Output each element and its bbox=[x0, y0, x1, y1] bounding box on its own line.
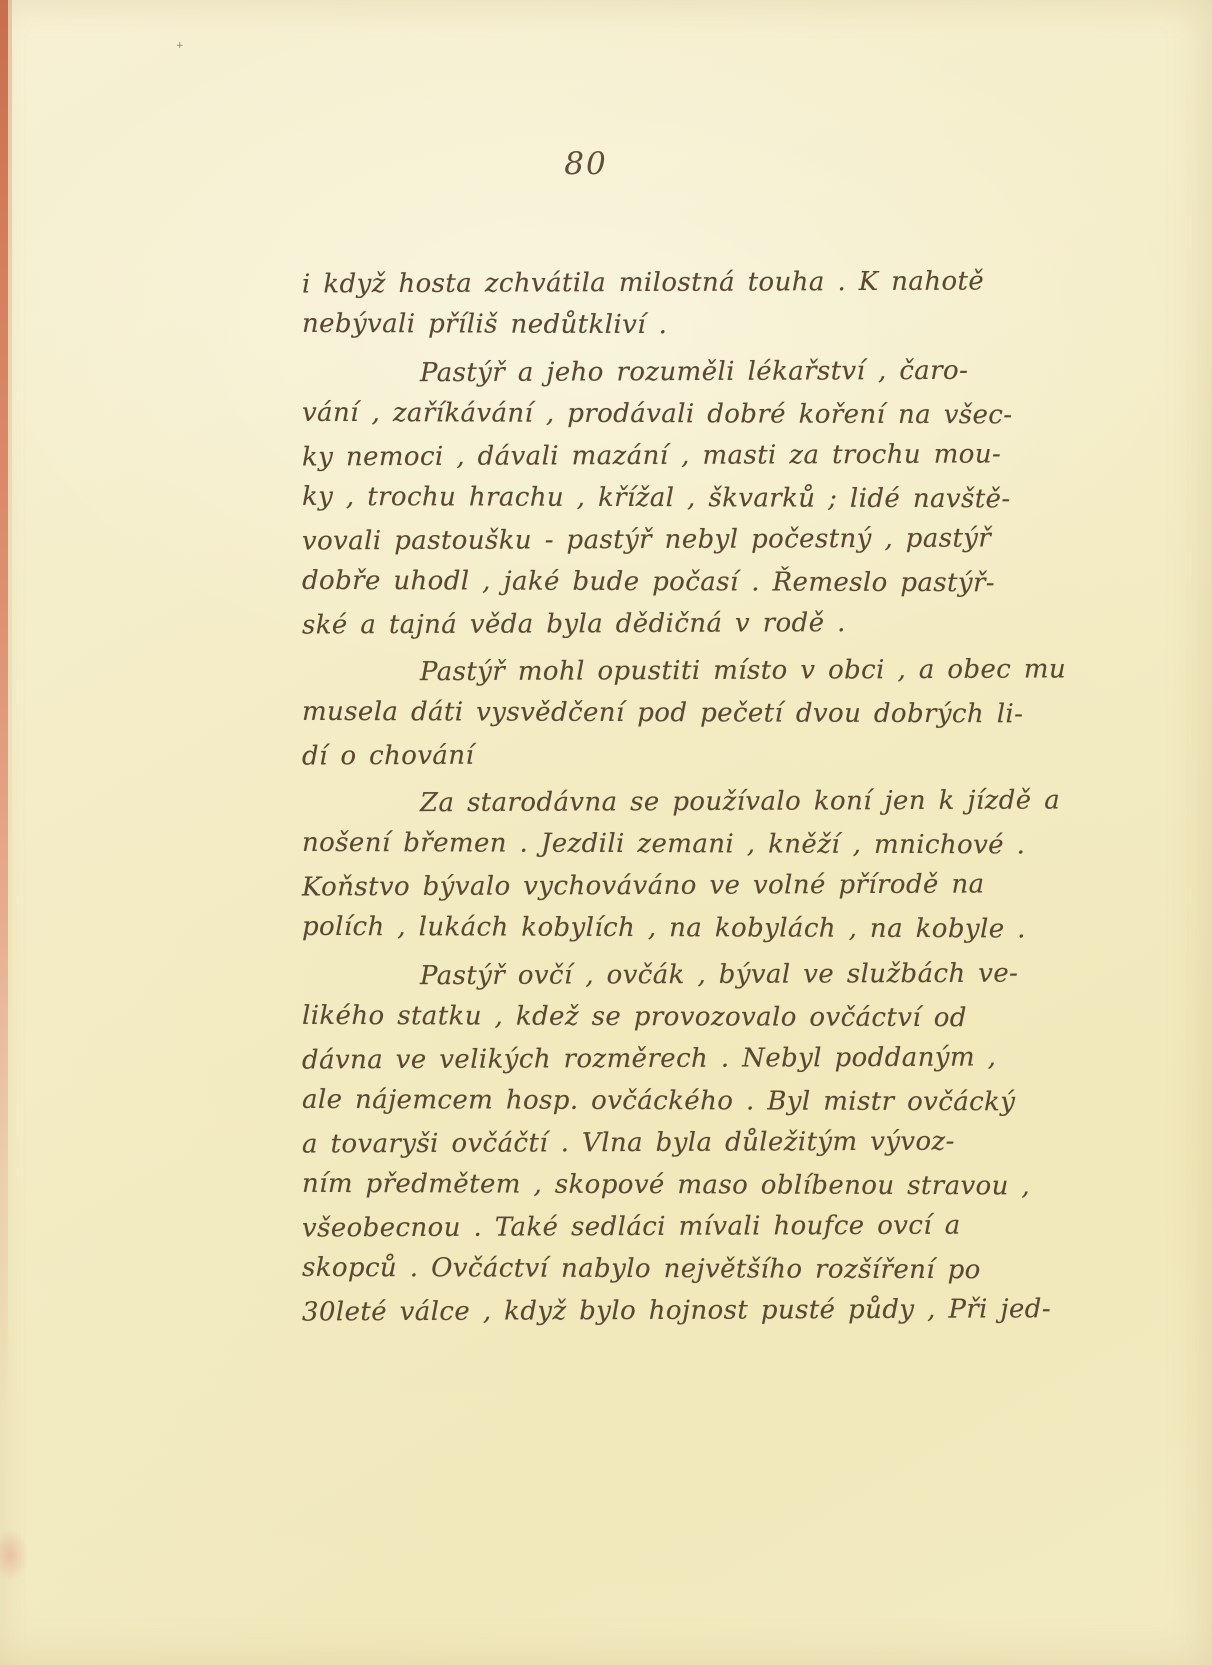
handwritten-line: Za starodávna se používalo koní jen k jí… bbox=[420, 780, 962, 824]
paragraph: i když hosta zchvátila milostná touha . … bbox=[302, 262, 962, 346]
book-edge-strip bbox=[0, 0, 8, 1420]
handwritten-line: i když hosta zchvátila milostná touha . … bbox=[302, 261, 962, 306]
handwritten-text-block: i když hosta zchvátila milostná touha . … bbox=[302, 262, 962, 1337]
paragraph: Pastýř ovčí , ovčák , býval ve službách … bbox=[302, 954, 962, 1332]
paper-speck: + bbox=[176, 44, 180, 48]
handwritten-line: ky nemoci , dávali mazání , masti za tro… bbox=[302, 434, 962, 479]
handwritten-line: ky , trochu hrachu , křížal , škvarků ; … bbox=[302, 476, 962, 520]
handwritten-line: Koňstvo bývalo vychováváno ve volné přír… bbox=[302, 864, 962, 909]
paragraph: Pastýř a jeho rozuměli lékařství , čaro-… bbox=[302, 351, 962, 645]
paper-stain bbox=[0, 1520, 34, 1590]
handwritten-line: musela dáti vysvědčení pod pečetí dvou d… bbox=[302, 691, 962, 735]
handwritten-line: 30leté válce , když bylo hojnost pusté p… bbox=[302, 1289, 962, 1334]
handwritten-line: skopců . Ovčáctví nabylo největšího rozš… bbox=[302, 1247, 962, 1291]
handwritten-line: Pastýř a jeho rozuměli lékařství , čaro- bbox=[420, 350, 962, 394]
handwritten-line: a tovaryši ovčáčtí . Vlna byla důležitým… bbox=[302, 1121, 962, 1166]
handwritten-line: všeobecnou . Také sedláci mívali houfce … bbox=[302, 1205, 962, 1250]
paragraph: Za starodávna se používalo koní jen k jí… bbox=[302, 781, 962, 949]
handwritten-line: nebývali příliš nedůtkliví . bbox=[302, 303, 962, 347]
handwritten-line: dávna ve velikých rozměrech . Nebyl podd… bbox=[302, 1037, 962, 1082]
handwritten-line: likého statku , kdež se provozovalo ovčá… bbox=[302, 995, 962, 1039]
handwritten-line: Pastýř ovčí , ovčák , býval ve službách … bbox=[420, 953, 962, 997]
page-number: 80 bbox=[0, 146, 1172, 182]
handwritten-line: dí o chování bbox=[302, 733, 962, 778]
handwritten-line: nošení břemen . Jezdili zemani , kněží ,… bbox=[302, 822, 962, 866]
handwritten-line: polích , lukách kobylích , na kobylách ,… bbox=[302, 906, 962, 950]
handwritten-line: vovali pastoušku - pastýř nebyl počestný… bbox=[302, 518, 962, 563]
paragraph: Pastýř mohl opustiti místo v obci , a ob… bbox=[302, 650, 962, 776]
manuscript-page: + 80 i když hosta zchvátila milostná tou… bbox=[0, 0, 1212, 1665]
handwritten-line: ské a tajná věda byla dědičná v rodě . bbox=[302, 602, 962, 647]
handwritten-line: ale nájemcem hosp. ovčáckého . Byl mistr… bbox=[302, 1079, 962, 1123]
handwritten-line: Pastýř mohl opustiti místo v obci , a ob… bbox=[420, 649, 962, 693]
handwritten-line: dobře uhodl , jaké bude počasí . Řemeslo… bbox=[302, 560, 962, 604]
handwritten-line: vání , zaříkávání , prodávali dobré koře… bbox=[302, 392, 962, 436]
handwritten-line: ním předmětem , skopové maso oblíbenou s… bbox=[302, 1163, 962, 1207]
